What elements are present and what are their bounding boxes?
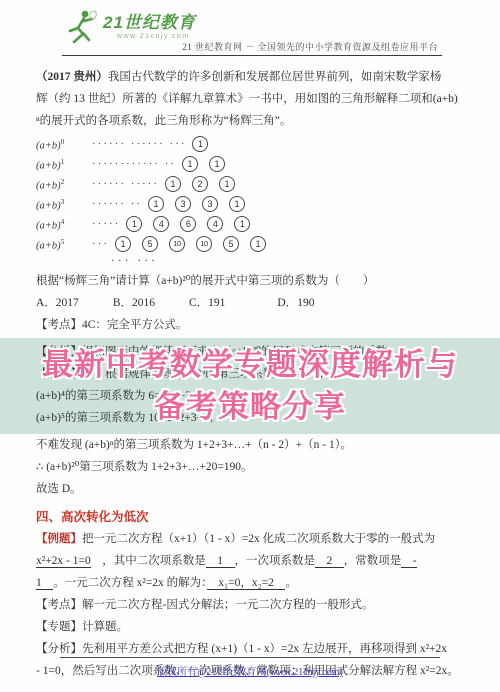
text-segment: 1 <box>36 577 53 590</box>
binomial-formula: (a+b)5 <box>36 231 92 258</box>
dot-leader: ····· <box>92 213 120 235</box>
pascal-triangle: (a+b)0······ ······ ···1(a+b)1··········… <box>36 134 464 254</box>
text-segment: x²+2x - 1=0 <box>36 555 91 568</box>
watermark-band: 【分析】根据图形中的规律即可求出（a+b)²⁰的展开式中第三项的系数。 【解答】… <box>0 338 500 434</box>
choice-option: D．190 <box>277 292 314 314</box>
document-page: 21世纪教育 www.21cnjy.com 21 世纪教育网 － 全国领先的中小… <box>0 0 500 692</box>
document-content: （2017 贵州）我国古代数学的许多创新和发展都位居世界前列，如南宋数学家杨 辉… <box>0 56 500 682</box>
circled-coefficient: 2 <box>192 176 208 192</box>
circled-coefficient: 1 <box>229 196 245 212</box>
jieda-line: 【解答】解：根据规律发现 (a+b)³的第三项系数为 3=1+2； <box>36 363 464 385</box>
text-segment: 【例题】 <box>36 533 82 545</box>
circled-coefficient: 10 <box>196 236 212 252</box>
page-footer: 版权所有@21世纪教育网(www.21cnjy.com) <box>0 657 500 680</box>
zhuanti-line: 【专题】计算题。 <box>36 616 464 638</box>
text-segment: ，一次项系数是 <box>235 555 316 567</box>
circled-coefficient: 4 <box>153 216 169 232</box>
footer-divider <box>60 657 440 658</box>
circled-coefficient: 5 <box>142 236 158 252</box>
text-segment: x₁=0，x₂=2 <box>207 577 286 590</box>
dot-leader: ······ ······ ··· <box>92 133 186 155</box>
circled-coefficient: 5 <box>223 236 239 252</box>
example-line-2: x²+2x - 1=0 ，其中二次项系数是 1 ，一次项系数是 2 ，常数项是 … <box>36 550 464 572</box>
circled-coefficient: 4 <box>207 216 223 232</box>
circled-coefficient: 1 <box>219 176 235 192</box>
copyright-link[interactable]: 版权所有@21世纪教育网(www.21cnjy.com) <box>157 667 343 678</box>
text-segment: - <box>401 555 416 568</box>
logo-text: 21世纪教育 www.21cnjy.com <box>103 14 196 40</box>
triangle-row: (a+b)0······ ······ ···1 <box>36 134 464 154</box>
circled-coefficient: 10 <box>169 236 185 252</box>
kaodian-line-2: 【考点】解一元二次方程-因式分解法；一元二次方程的一般形式。 <box>36 594 464 616</box>
question-line: 根据“杨辉三角”请计算（a+b)²⁰的展开式中第三项的系数为（ ） <box>36 270 464 292</box>
kaodian-line-1: 【考点】4C：完全平方公式。 <box>36 314 464 336</box>
text-segment: ，其中二次项系数是 <box>91 555 206 567</box>
circled-coefficient: 1 <box>209 156 225 172</box>
text-segment: 我国古代数学的许多创新和发展都位居世界前列，如南宋数学家杨 <box>108 71 442 83</box>
circled-coefficient: 1 <box>192 136 208 152</box>
example-line-3: 1 。一元二次方程 x²=2x 的解为： x₁=0，x₂=2 。 <box>36 572 464 594</box>
choice-option: B．2016 <box>113 292 155 314</box>
answer-line: 故选 D。 <box>36 478 464 500</box>
dot-leader: ······ ·· <box>92 193 142 215</box>
triangle-row: (a+b)3······ ··1331 <box>36 194 464 214</box>
site-logo: 21世纪教育 www.21cnjy.com <box>64 8 196 46</box>
intro-line-2: 辉（约 13 世纪）所著的《详解九章算术》一书中，用如图的三角形解释二项和(a+… <box>36 88 464 110</box>
section-title: 四、高次转化为低次 <box>36 506 464 528</box>
circled-coefficient: 1 <box>165 176 181 192</box>
example-line-1: 【例题】把一元二次方程（x+1）（1 - x）=2x 化成二次项系数大于零的一般… <box>36 528 464 550</box>
circled-coefficient: 6 <box>180 216 196 232</box>
choices-row: A．2017B．2016C．191D．190 <box>36 292 464 314</box>
text-segment: 。 <box>285 577 297 589</box>
text-segment: 1 <box>206 555 235 568</box>
header-slogan: 21 世纪教育网 － 全国领先的中小学教育资源及组卷应用平台 <box>182 40 438 53</box>
circled-coefficient: 1 <box>115 236 131 252</box>
page-header: 21世纪教育 www.21cnjy.com 21 世纪教育网 － 全国领先的中小… <box>0 0 500 56</box>
text-segment: （2017 贵州） <box>36 71 108 83</box>
circled-coefficient: 3 <box>202 196 218 212</box>
dot-leader: ··· <box>92 233 109 255</box>
triangle-row: (a+b)4·····14641 <box>36 214 464 234</box>
fenxi-line: 【分析】根据图形中的规律即可求出（a+b)²⁰的展开式中第三项的系数。 <box>36 341 464 363</box>
triangle-row: (a+b)5···15101051 <box>36 234 464 254</box>
triangle-row: (a+b)1············ ··11 <box>36 154 464 174</box>
circled-coefficient: 1 <box>126 216 142 232</box>
solution-line-n: 不难发现 (a+b)ⁿ的第三项系数为 1+2+3+…+（n - 2）+（n - … <box>36 434 464 456</box>
logo-subtitle: www.21cnjy.com <box>117 33 196 40</box>
dot-leader: ············ ·· <box>92 153 176 175</box>
text-segment: ，常数项是 <box>344 555 402 567</box>
solution-line-4: (a+b)⁴的第三项系数为 6=1+2+3； <box>36 385 464 407</box>
text-segment: 。一元二次方程 x²=2x 的解为： <box>53 577 207 589</box>
circled-coefficient: 1 <box>234 216 250 232</box>
solution-line-5: (a+b)⁵的第三项系数为 10=1+2+3+4； <box>36 407 464 429</box>
text-segment: 2 <box>315 555 344 568</box>
dot-leader: ······ ····· <box>92 173 159 195</box>
circled-coefficient: 1 <box>250 236 266 252</box>
logo-title: 21世纪教育 <box>103 14 196 31</box>
triangle-row: (a+b)2······ ·····121 <box>36 174 464 194</box>
intro-line-3: ⁿ的展开式的各项系数，此三角形称为“杨辉三角”。 <box>36 110 464 132</box>
intro-line-1: （2017 贵州）我国古代数学的许多创新和发展都位居世界前列，如南宋数学家杨 <box>36 66 464 88</box>
choice-option: A．2017 <box>36 292 79 314</box>
circled-coefficient: 1 <box>182 156 198 172</box>
solution-conclusion: ∴ (a+b)²⁰第三项系数为 1+2+3+…+20=190。 <box>36 456 464 478</box>
text-segment: 把一元二次方程（x+1）（1 - x）=2x 化成二次项系数大于零的一般式为 <box>82 533 435 545</box>
triangle-ellipsis: ··· ··· <box>111 254 464 270</box>
header-divider <box>62 55 442 56</box>
runner-logo-icon <box>64 8 98 46</box>
circled-coefficient: 1 <box>148 196 164 212</box>
circled-coefficient: 3 <box>175 196 191 212</box>
choice-option: C．191 <box>189 292 225 314</box>
